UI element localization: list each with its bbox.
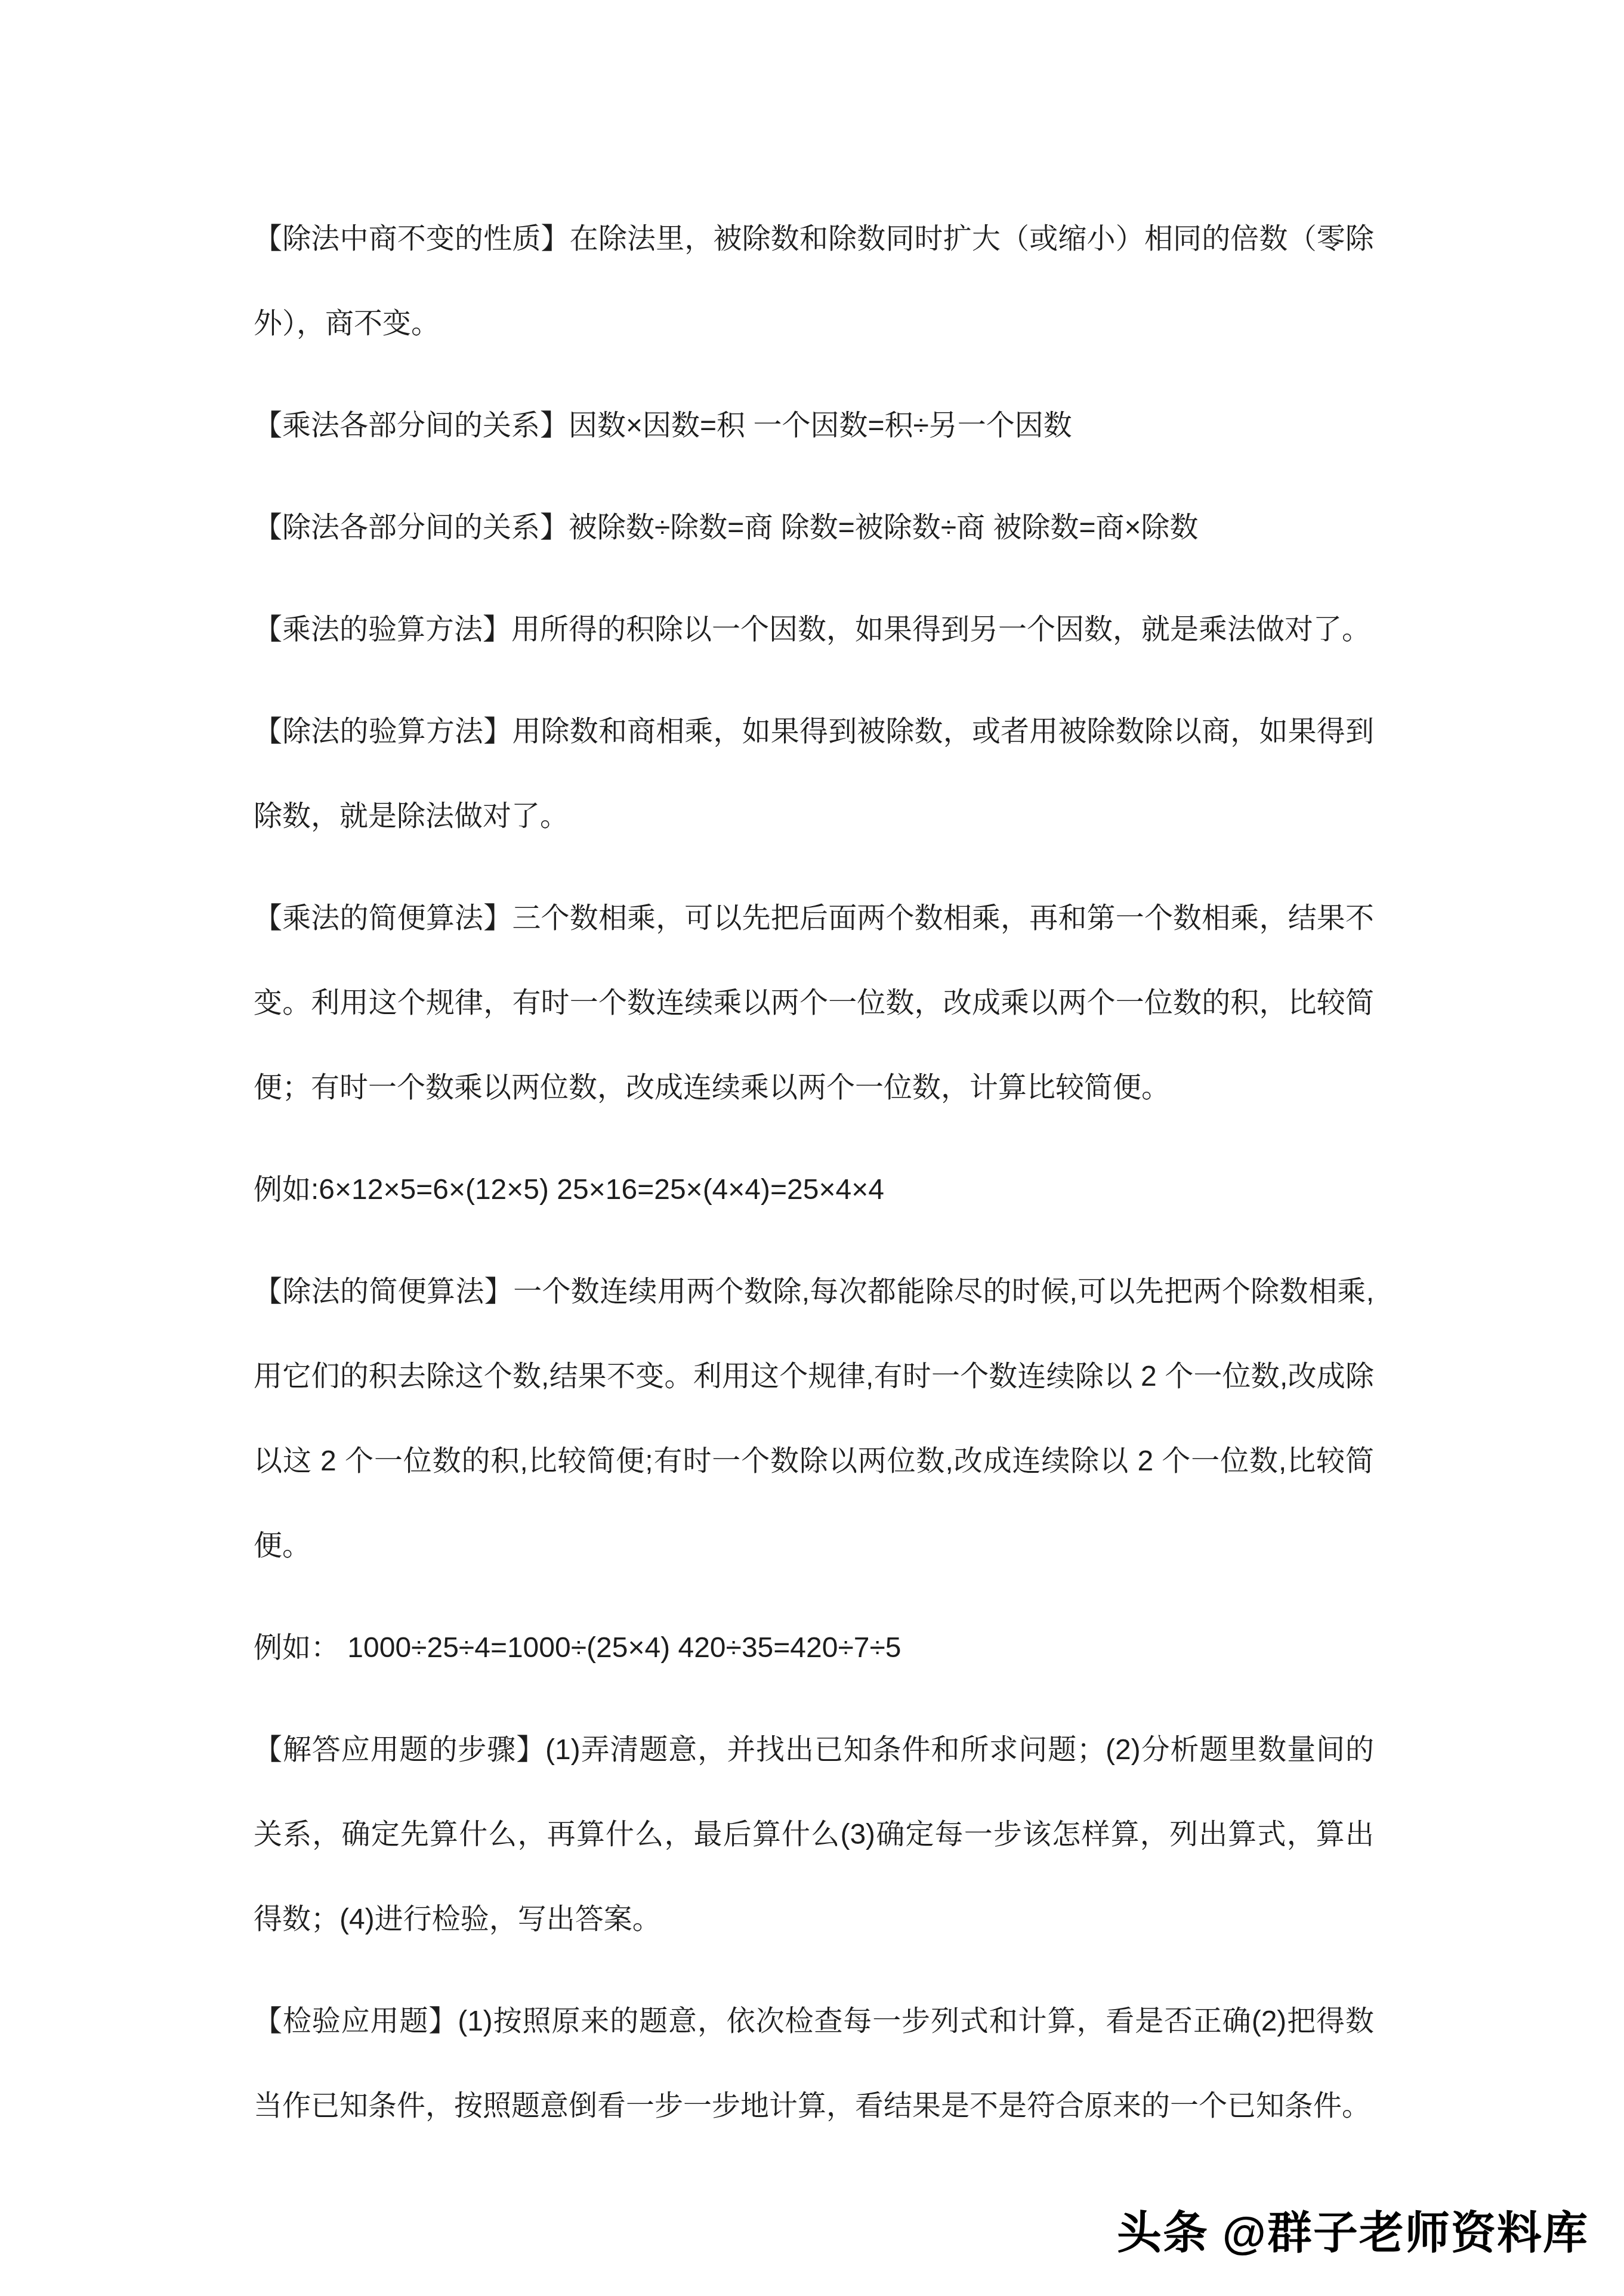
paragraph: 【解答应用题的步骤】(1)弄清题意，并找出已知条件和所求问题；(2)分析题里数量… <box>254 1708 1374 1962</box>
paragraph: 【除法中商不变的性质】在除法里，被除数和除数同时扩大（或缩小）相同的倍数（零除外… <box>254 197 1374 366</box>
watermark: 头条 @群子老师资料库 <box>1117 2198 1589 2261</box>
paragraph: 【除法的验算方法】用除数和商相乘，如果得到被除数，或者用被除数除以商，如果得到除… <box>254 690 1374 859</box>
paragraph: 【除法各部分间的关系】被除数÷除数=商 除数=被除数÷商 被除数=商×除数 <box>254 486 1374 570</box>
paragraph: 【乘法的简便算法】三个数相乘，可以先把后面两个数相乘，再和第一个数相乘，结果不变… <box>254 876 1374 1130</box>
paragraph: 例如： 1000÷25÷4=1000÷(25×4) 420÷35=420÷7÷5 <box>254 1606 1374 1691</box>
paragraph: 【检验应用题】(1)按照原来的题意，依次检查每一步列式和计算，看是否正确(2)把… <box>254 1979 1374 2149</box>
paragraph: 【除法的简便算法】一个数连续用两个数除,每次都能除尽的时候,可以先把两个除数相乘… <box>254 1250 1374 1589</box>
paragraph: 【乘法各部分间的关系】因数×因数=积 一个因数=积÷另一个因数 <box>254 384 1374 468</box>
document-page: 【除法中商不变的性质】在除法里，被除数和除数同时扩大（或缩小）相同的倍数（零除外… <box>0 0 1624 2296</box>
document-body: 【除法中商不变的性质】在除法里，被除数和除数同时扩大（或缩小）相同的倍数（零除外… <box>254 197 1374 2149</box>
paragraph: 例如:6×12×5=6×(12×5) 25×16=25×(4×4)=25×4×4 <box>254 1148 1374 1232</box>
paragraph: 【乘法的验算方法】用所得的积除以一个因数，如果得到另一个因数，就是乘法做对了。 <box>254 588 1374 672</box>
